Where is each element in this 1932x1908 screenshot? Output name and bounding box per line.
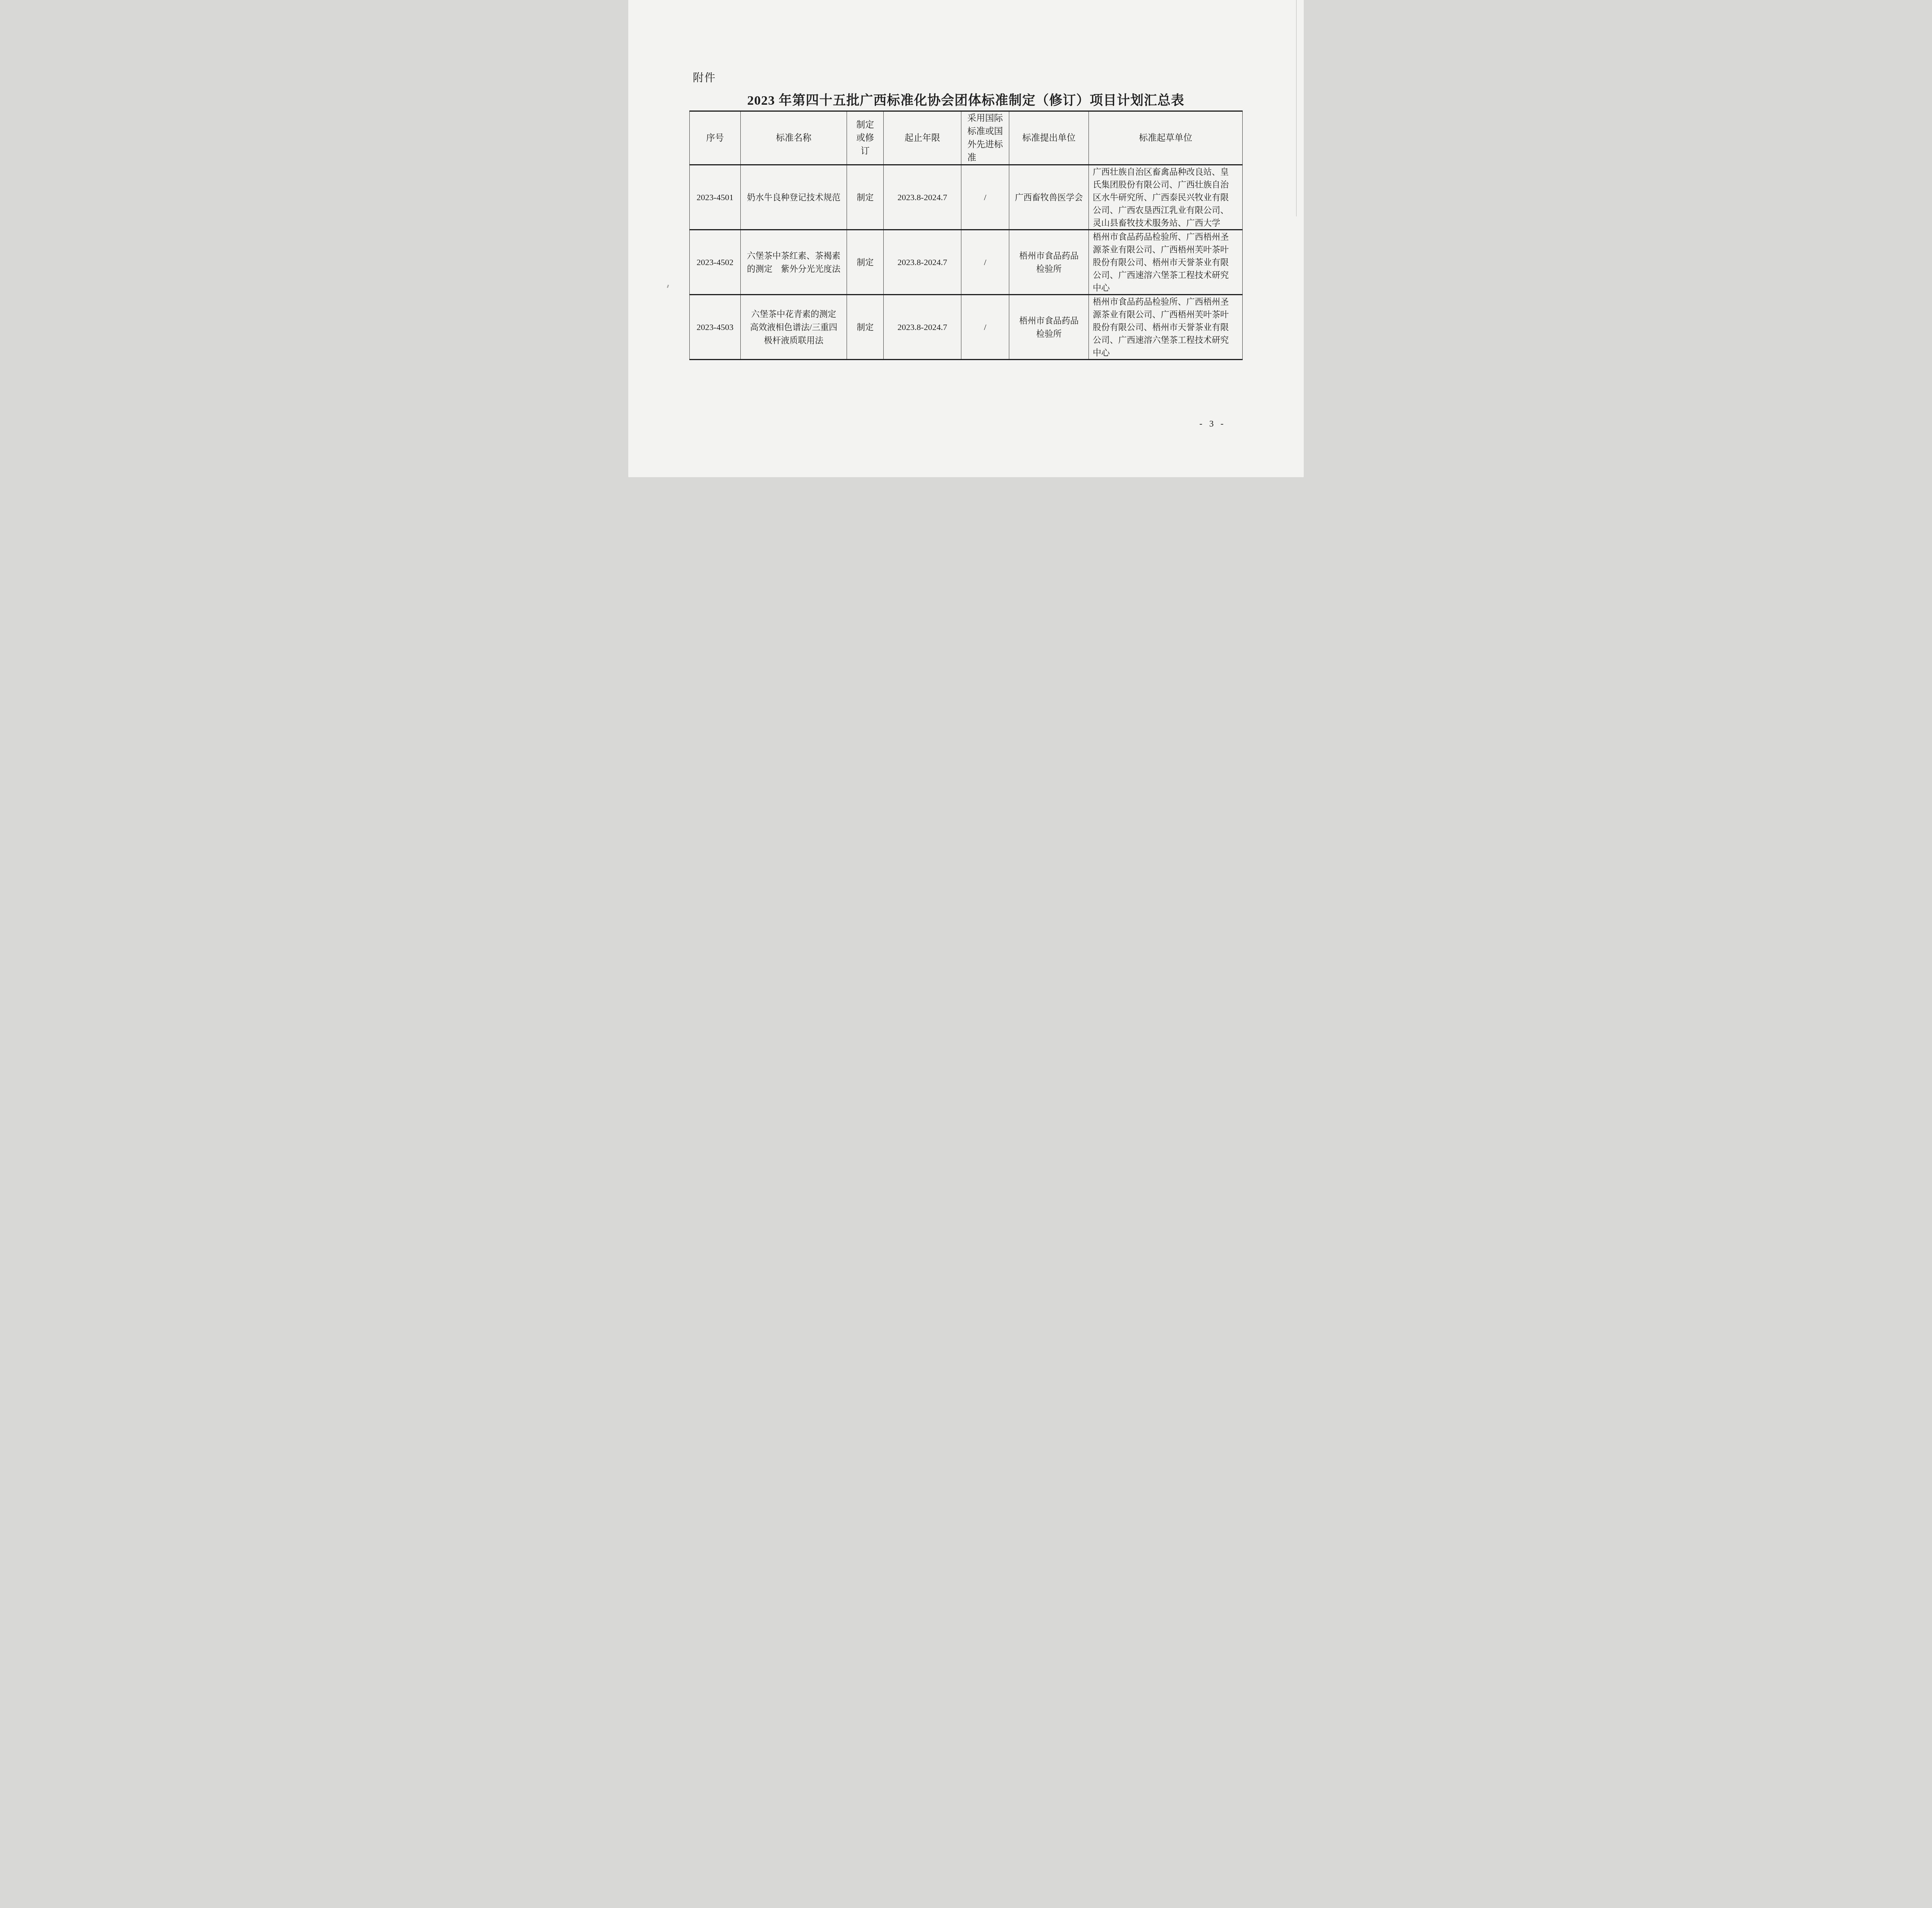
cell-proposer: 梧州市食品药品 检验所 — [1009, 230, 1089, 295]
header-proposer-label: 标准提出单位 — [1022, 133, 1076, 143]
cell-proposer: 广西畜牧兽医学会 — [1009, 165, 1089, 230]
header-standard-name-label: 标准名称 — [776, 133, 811, 143]
scan-artifact-line — [1296, 0, 1297, 216]
header-type: 制定或修订 — [847, 111, 884, 165]
cell-intl-standard: / — [961, 295, 1009, 360]
header-serial-label: 序号 — [706, 133, 724, 143]
cell-period: 2023.8-2024.7 — [884, 165, 961, 230]
table-row: 2023-4501 奶水牛良种登记技术规范 制定 2023.8-2024.7 /… — [690, 165, 1243, 230]
cell-standard-name: 奶水牛良种登记技术规范 — [741, 165, 847, 230]
scan-artifact-dot — [667, 285, 669, 288]
cell-intl-standard: / — [961, 165, 1009, 230]
header-type-label: 制定或修订 — [856, 118, 874, 158]
header-intl-standard-label: 采用国际标准或国外先进标准 — [968, 112, 1003, 164]
page-number: - 3 - — [1199, 419, 1226, 429]
table-row: 2023-4502 六堡茶中茶红素、茶褐素 的测定 紫外分光光度法 制定 202… — [690, 230, 1243, 295]
header-period-label: 起止年限 — [905, 133, 940, 143]
header-proposer: 标准提出单位 — [1009, 111, 1089, 165]
cell-type: 制定 — [847, 230, 884, 295]
page-title: 2023 年第四十五批广西标准化协会团体标准制定（修订）项目计划汇总表 — [689, 90, 1242, 109]
header-drafter-label: 标准起草单位 — [1139, 133, 1192, 143]
cell-period: 2023.8-2024.7 — [884, 295, 961, 360]
cell-type: 制定 — [847, 165, 884, 230]
header-drafter: 标准起草单位 — [1089, 111, 1243, 165]
header-intl-standard: 采用国际标准或国外先进标准 — [961, 111, 1009, 165]
header-serial: 序号 — [690, 111, 741, 165]
cell-serial: 2023-4502 — [690, 230, 741, 295]
header-row: 序号 标准名称 制定或修订 起止年限 采用国际标准或国外先进标准 标准提出单位 … — [690, 111, 1243, 165]
cell-drafter: 梧州市食品药品检验所、广西梧州圣 源茶业有限公司、广西梧州芙叶茶叶 股份有限公司… — [1089, 230, 1243, 295]
cell-drafter: 广西壮族自治区畜禽品种改良站、皇 氏集团股份有限公司、广西壮族自治 区水牛研究所… — [1089, 165, 1243, 230]
cell-serial: 2023-4501 — [690, 165, 741, 230]
standards-plan-table: 序号 标准名称 制定或修订 起止年限 采用国际标准或国外先进标准 标准提出单位 … — [689, 111, 1243, 360]
cell-intl-standard: / — [961, 230, 1009, 295]
cell-standard-name: 六堡茶中茶红素、茶褐素 的测定 紫外分光光度法 — [741, 230, 847, 295]
table-row: 2023-4503 六堡茶中花青素的测定 高效液相色谱法/三重四 极杆液质联用法… — [690, 295, 1243, 360]
cell-standard-name: 六堡茶中花青素的测定 高效液相色谱法/三重四 极杆液质联用法 — [741, 295, 847, 360]
cell-serial: 2023-4503 — [690, 295, 741, 360]
header-standard-name: 标准名称 — [741, 111, 847, 165]
header-period: 起止年限 — [884, 111, 961, 165]
attachment-label: 附件 — [693, 70, 716, 85]
scanned-page: 附件 2023 年第四十五批广西标准化协会团体标准制定（修订）项目计划汇总表 序… — [628, 0, 1304, 477]
cell-period: 2023.8-2024.7 — [884, 230, 961, 295]
cell-proposer: 梧州市食品药品 检验所 — [1009, 295, 1089, 360]
cell-drafter: 梧州市食品药品检验所、广西梧州圣 源茶业有限公司、广西梧州芙叶茶叶 股份有限公司… — [1089, 295, 1243, 360]
cell-type: 制定 — [847, 295, 884, 360]
